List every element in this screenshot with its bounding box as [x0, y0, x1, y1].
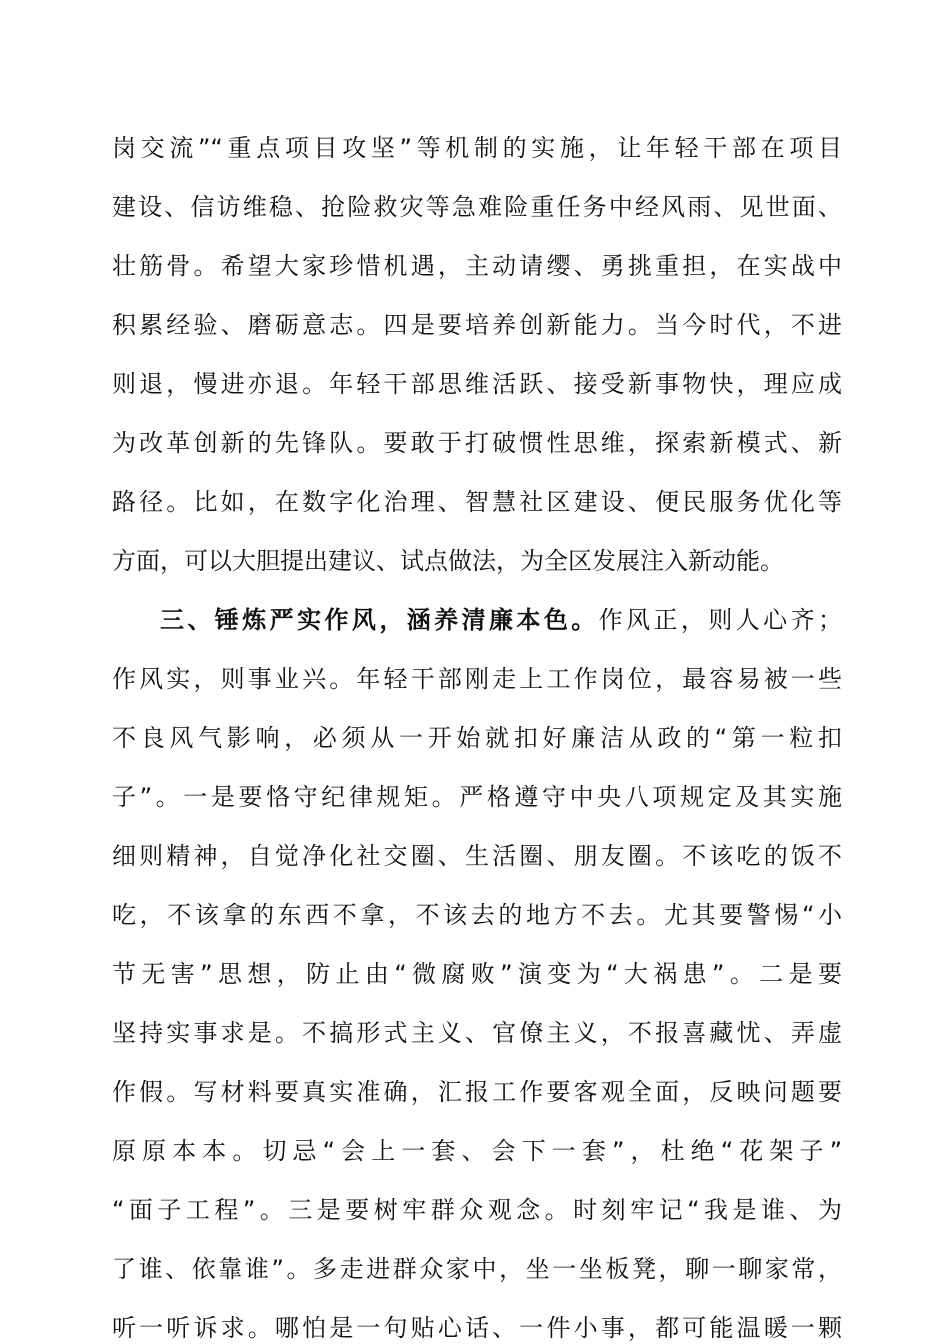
paragraph-line: 岗交流”“重点项目攻坚”等机制的实施，让年轻干部在项目 — [112, 128, 842, 168]
paragraph-line: 路径。比如，在数字化治理、智慧社区建设、便民服务优化等 — [112, 482, 842, 522]
section-heading: 三、锤炼严实作风，涵养清廉本色。 — [160, 606, 599, 634]
paragraph-line: 为改革创新的先锋队。要敢于打破惯性思维，探索新模式、新 — [112, 423, 842, 463]
paragraph-line: 作假。写材料要真实准确，汇报工作要客观全面，反映问题要 — [112, 1072, 842, 1112]
paragraph-line: 了谁、依靠谁”。多走进群众家中，坐一坐板凳，聊一聊家常， — [112, 1249, 842, 1289]
document-page: 岗交流”“重点项目攻坚”等机制的实施，让年轻干部在项目 建设、信访维稳、抢险救灾… — [0, 0, 950, 1344]
paragraph-line: 方面，可以大胆提出建议、试点做法，为全区发展注入新动能。 — [112, 541, 842, 581]
paragraph-line: 建设、信访维稳、抢险救灾等急难险重任务中经风雨、见世面、 — [112, 187, 842, 227]
section-first-line-text: 作风正，则人心齐； — [599, 606, 842, 634]
paragraph-line: 听一听诉求。哪怕是一句贴心话、一件小事，都可能温暖一颗 — [112, 1308, 842, 1344]
paragraph-line: 吃，不该拿的东西不拿，不该去的地方不去。尤其要警惕“小 — [112, 895, 842, 935]
paragraph-line: 壮筋骨。希望大家珍惜机遇，主动请缨、勇挑重担，在实战中 — [112, 246, 842, 286]
paragraph-line: “面子工程”。三是要树牢群众观念。时刻牢记“我是谁、为 — [112, 1190, 842, 1230]
paragraph-line: 作风实，则事业兴。年轻干部刚走上工作岗位，最容易被一些 — [112, 659, 842, 699]
paragraph-line: 细则精神，自觉净化社交圈、生活圈、朋友圈。不该吃的饭不 — [112, 836, 842, 876]
paragraph-line: 节无害”思想，防止由“微腐败”演变为“大祸患”。二是要 — [112, 954, 842, 994]
paragraph-line: 积累经验、磨砺意志。四是要培养创新能力。当今时代，不进 — [112, 305, 842, 345]
paragraph-line: 坚持实事求是。不搞形式主义、官僚主义，不报喜藏忧、弄虚 — [112, 1013, 842, 1053]
section-heading-line: 三、锤炼严实作风，涵养清廉本色。作风正，则人心齐； — [160, 600, 842, 640]
paragraph-line: 则退，慢进亦退。年轻干部思维活跃、接受新事物快，理应成 — [112, 364, 842, 404]
paragraph-line: 原原本本。切忌“会上一套、会下一套”，杜绝“花架子” — [112, 1131, 842, 1171]
paragraph-line: 不良风气影响，必须从一开始就扣好廉洁从政的“第一粒扣 — [112, 718, 842, 758]
paragraph-line: 子”。一是要恪守纪律规矩。严格遵守中央八项规定及其实施 — [112, 777, 842, 817]
